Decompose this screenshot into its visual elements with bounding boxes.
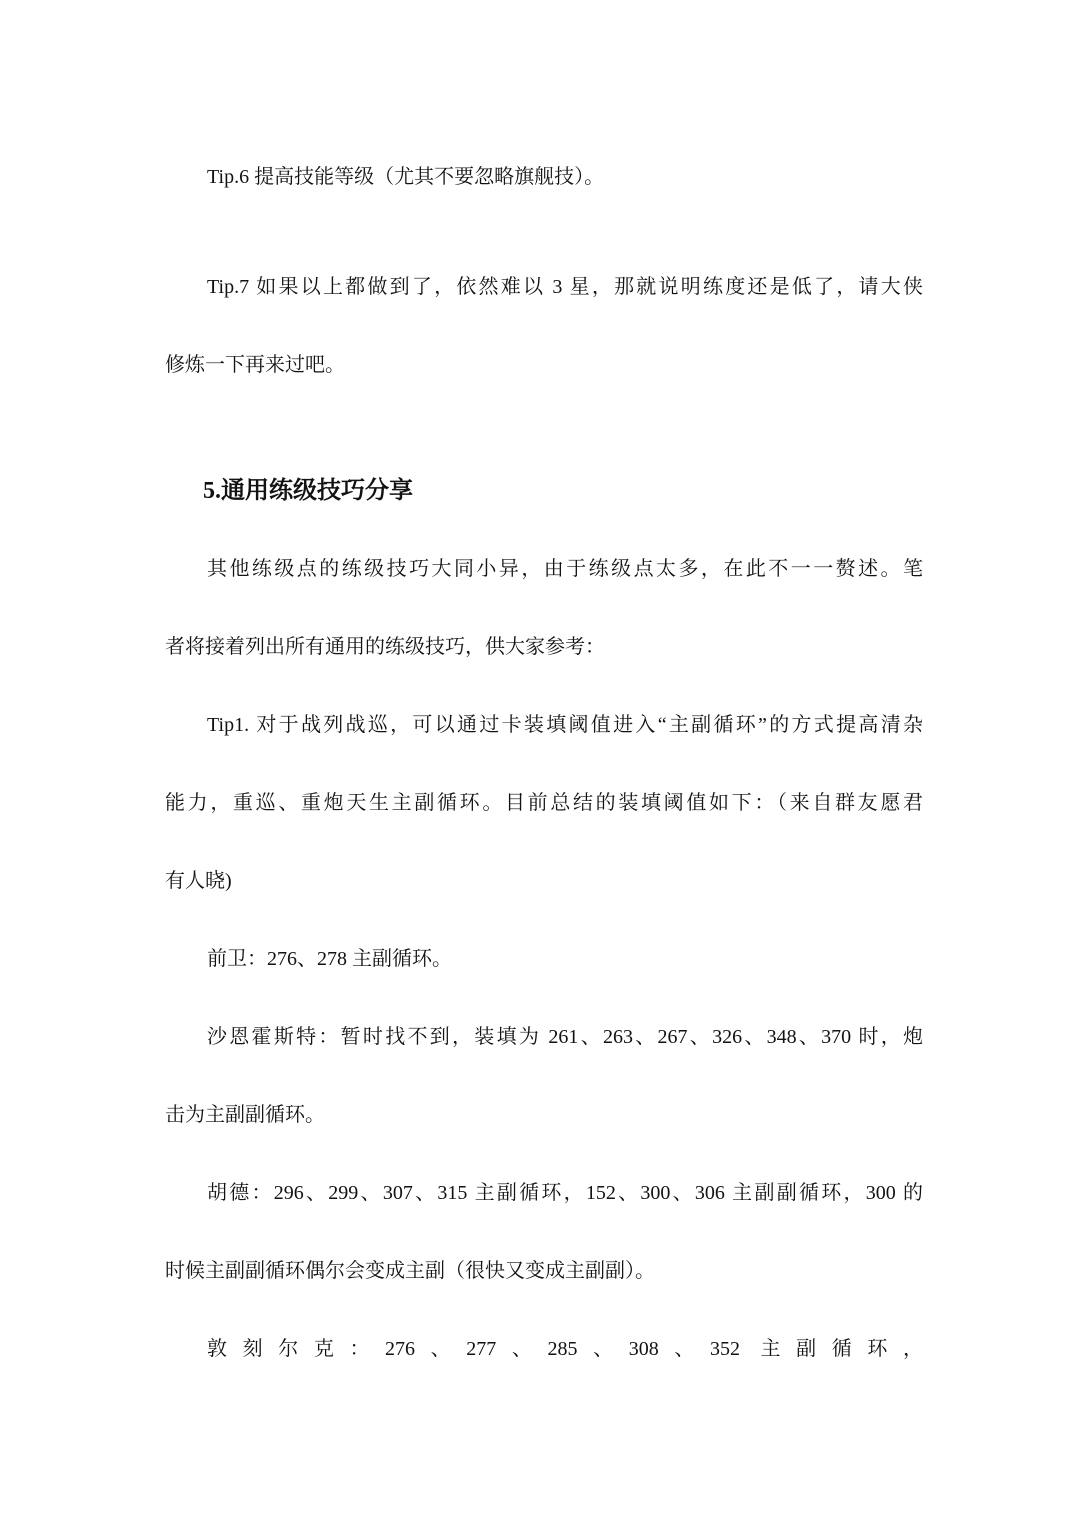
tip1-line1: Tip1. 对于战列战巡，可以通过卡装填阈值进入“主副循环”的方式提高清杂 [165,686,923,764]
intro-line1: 其他练级点的练级技巧大同小异，由于练级点太多，在此不一一赘述。笔 [165,530,923,608]
scharnhorst-line2: 击为主副副循环。 [165,1076,923,1154]
intro-line2: 者将接着列出所有通用的练级技巧，供大家参考： [165,608,923,686]
tip7-text-line1: Tip.7 如果以上都做到了，依然难以 3 星，那就说明练度还是低了，请大侠 [165,248,923,326]
vanguard-threshold-line: 前卫：276、278 主副循环。 [165,920,923,998]
hood-line2: 时候主副副循环偶尔会变成主副（很快又变成主副副）。 [165,1232,923,1310]
tip6-text: Tip.6 提高技能等级（尤其不要忽略旗舰技）。 [165,138,923,216]
tip1-line2: 能力，重巡、重炮天生主副循环。目前总结的装填阈值如下：（来自群友愿君 [165,764,923,842]
scharnhorst-line1: 沙恩霍斯特：暂时找不到，装填为 261、263、267、326、348、370 … [165,998,923,1076]
document-page: Tip.6 提高技能等级（尤其不要忽略旗舰技）。 Tip.7 如果以上都做到了，… [0,0,1080,1527]
tip1-line3: 有人晓) [165,842,923,920]
section-heading: 5.通用练级技巧分享 [165,452,923,530]
tip7-text-line2: 修炼一下再来过吧。 [165,326,923,404]
dunkerque-line: 敦刻尔克：276、277、285、308、352 主副循环， [165,1310,923,1388]
hood-line1: 胡德：296、299、307、315 主副循环，152、300、306 主副副循… [165,1154,923,1232]
